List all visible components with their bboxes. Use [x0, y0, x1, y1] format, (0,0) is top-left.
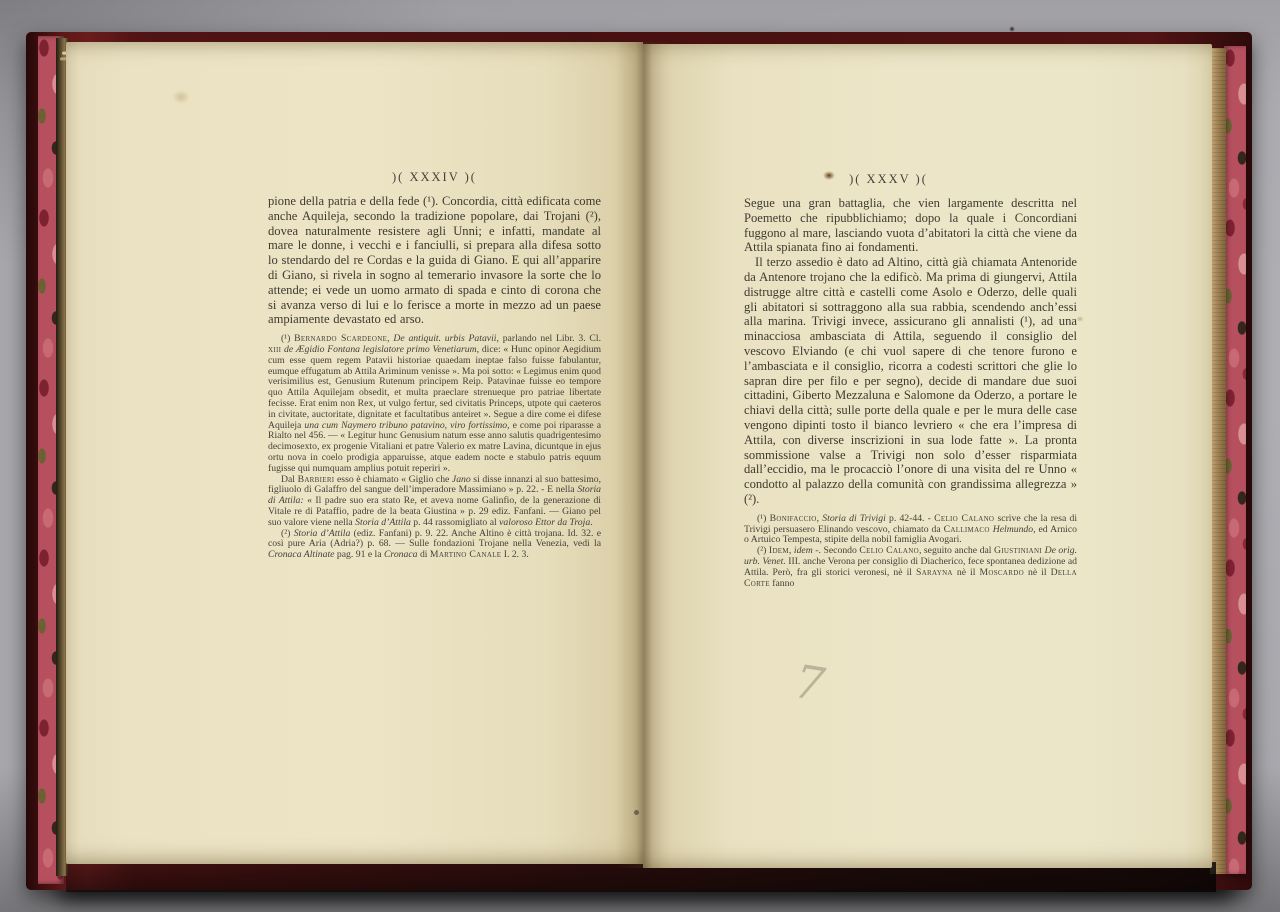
left-page-number-header: )( XXXIV )( — [268, 170, 601, 185]
footnote: (¹) Bernardo Scardeone, De antiquit. urb… — [268, 334, 601, 474]
right-main-paragraph: Segue una gran battaglia, che vien larga… — [744, 196, 1077, 255]
left-main-paragraph: pione della patria e della fede (¹). Con… — [268, 194, 601, 327]
footnote: Dal Barbieri esso è chiamato « Giglio ch… — [268, 475, 601, 529]
marbled-fore-edge-right — [1224, 46, 1246, 874]
handwritten-pencil-mark: 7 — [791, 654, 828, 712]
right-text-column: )( XXXV )( Segue una gran battaglia, che… — [744, 172, 1077, 589]
right-main-text: Segue una gran battaglia, che vien larga… — [744, 196, 1077, 507]
left-footnotes: (¹) Bernardo Scardeone, De antiquit. urb… — [268, 334, 601, 561]
right-footnotes: (¹) Bonifaccio, Storia di Trivigi p. 42-… — [744, 514, 1077, 590]
page-block-edge-right — [1210, 48, 1226, 874]
footnote: (¹) Bonifaccio, Storia di Trivigi p. 42-… — [744, 514, 1077, 546]
speck — [634, 810, 639, 815]
right-main-paragraph: Il terzo assedio è dato ad Altino, città… — [744, 255, 1077, 507]
footnote: (²) Idem, idem -. Secondo Celio Calano, … — [744, 546, 1077, 589]
left-main-text: pione della patria e della fede (¹). Con… — [268, 194, 601, 327]
book-scan-photo: )( XXXIV )( pione della patria e della f… — [0, 0, 1280, 912]
left-page: )( XXXIV )( pione della patria e della f… — [66, 42, 643, 864]
right-page: )( XXXV )( Segue una gran battaglia, che… — [643, 44, 1212, 868]
left-text-column: )( XXXIV )( pione della patria e della f… — [268, 170, 601, 561]
footnote: (²) Storia d’Attila (ediz. Fanfani) p. 9… — [268, 529, 601, 561]
right-page-number-header: )( XXXV )( — [722, 172, 1055, 187]
